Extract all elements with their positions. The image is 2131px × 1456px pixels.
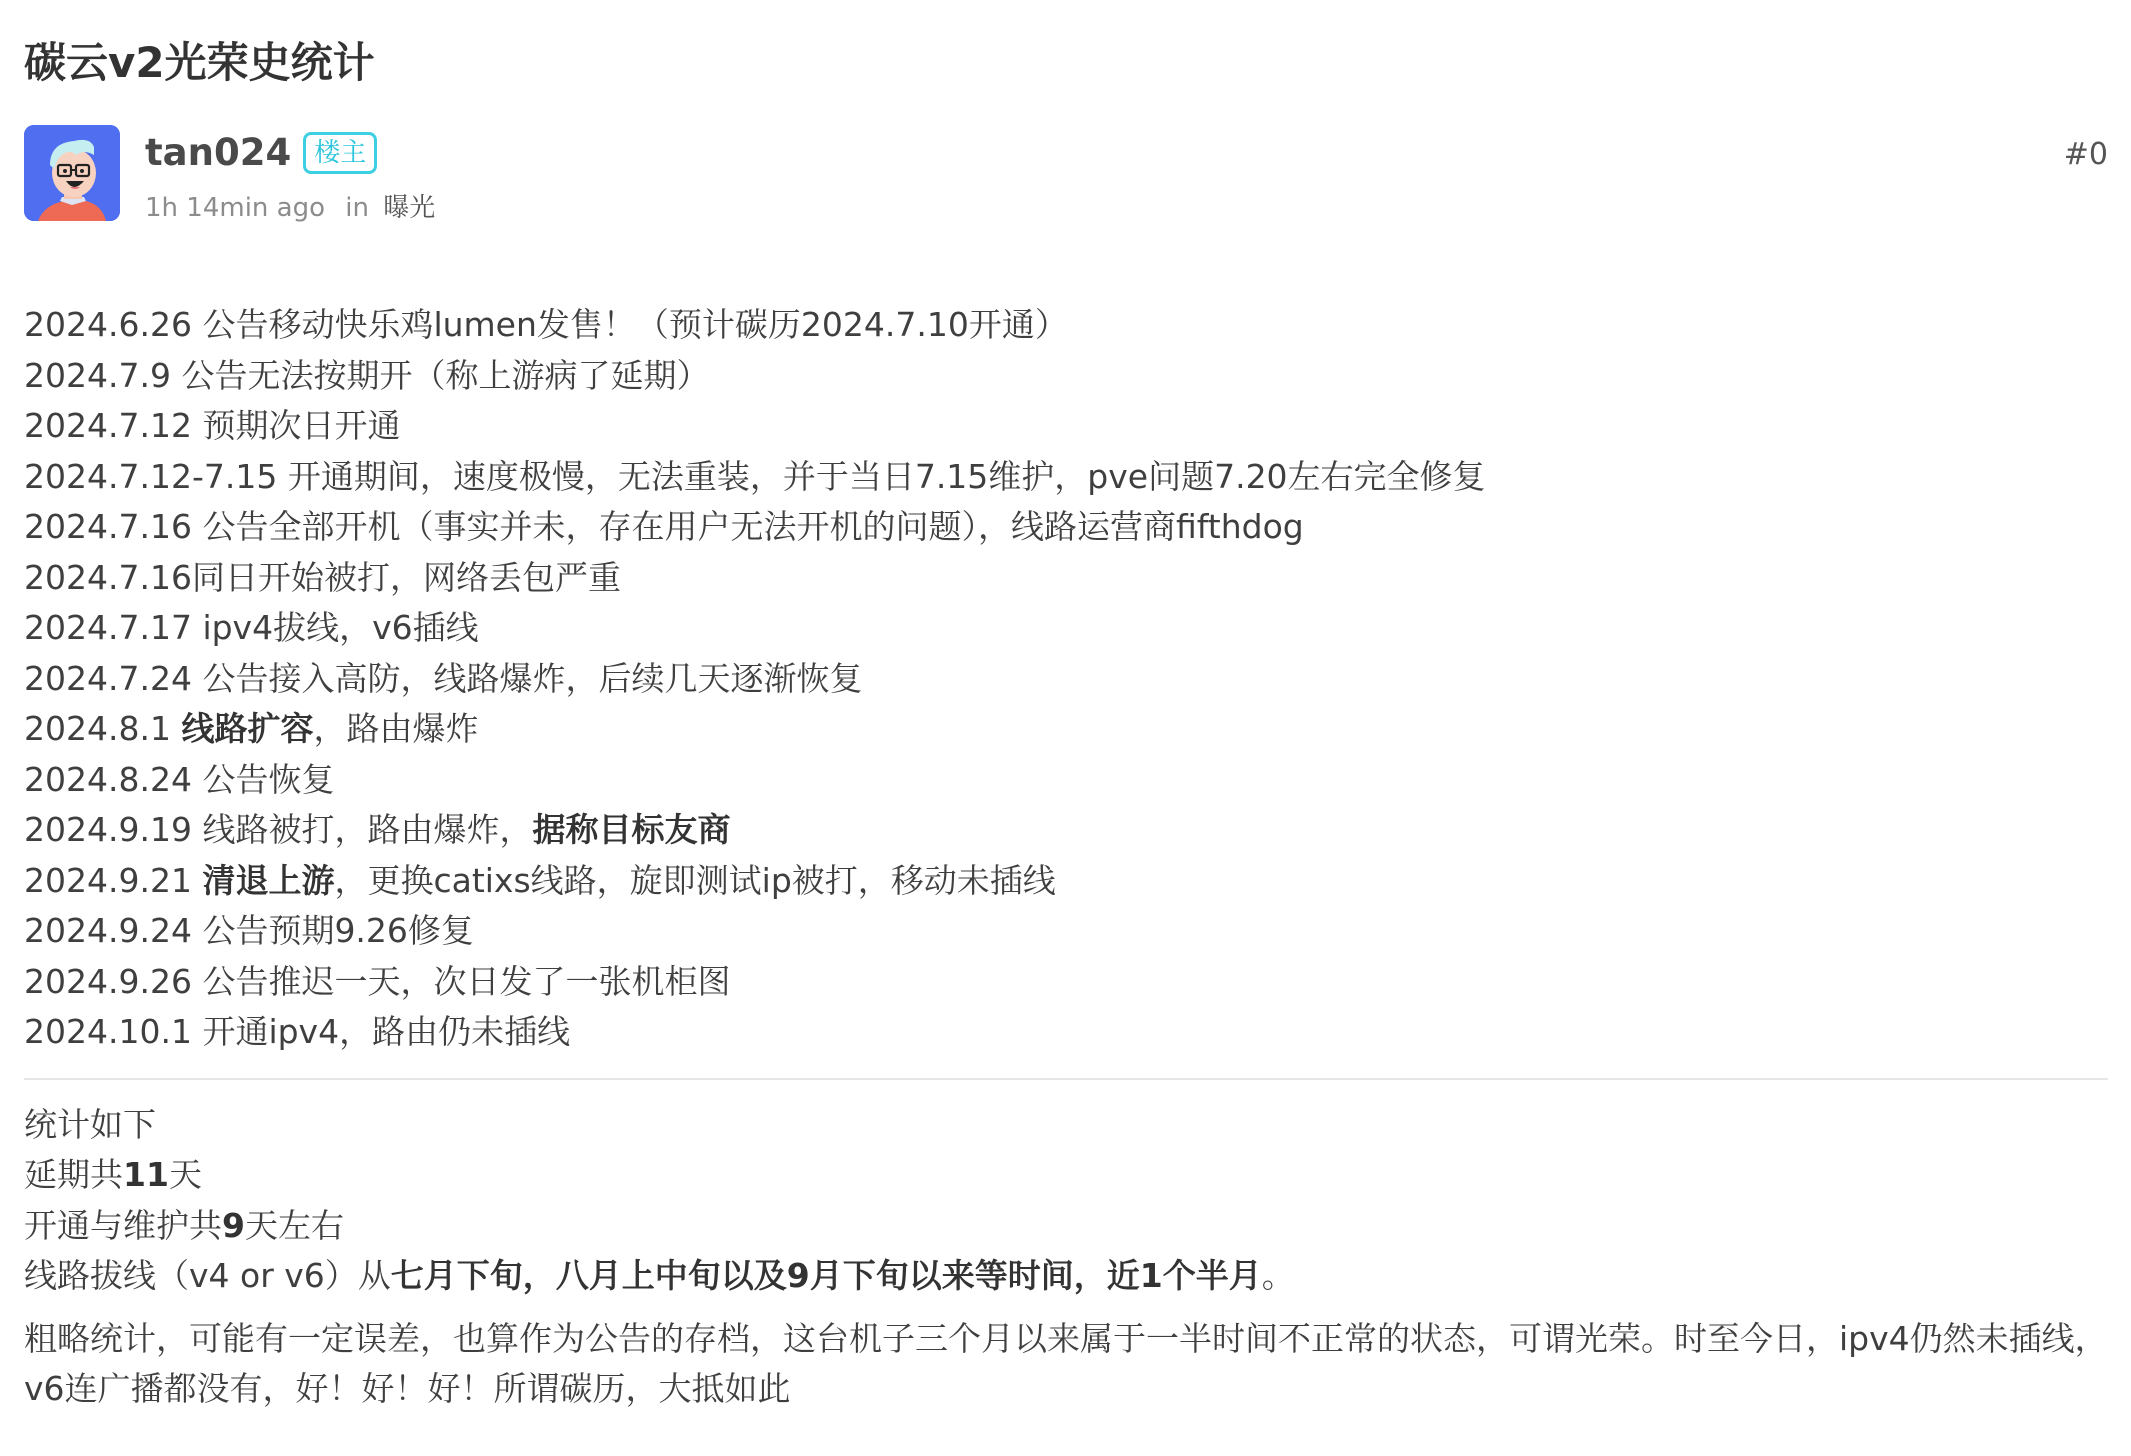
stats-item: 开通与维护共9天左右	[24, 1201, 2114, 1252]
bold-text: 11	[123, 1155, 169, 1194]
stats-item: 线路拔线（v4 or v6）从七月下旬，八月上中旬以及9月下旬以来等时间，近1个…	[24, 1251, 2114, 1302]
text-segment: 2024.6.26 公告移动快乐鸡lumen发售！（预计碳历2024.7.10开…	[24, 305, 1068, 344]
timeline-item: 2024.10.1 开通ipv4，路由仍未插线	[24, 1007, 2114, 1058]
post-header: tan024 楼主 1h 14min ago in 曝光 #0	[24, 125, 2124, 225]
timeline-item: 2024.7.17 ipv4拔线，v6插线	[24, 603, 2114, 654]
text-segment: 2024.7.24 公告接入高防，线路爆炸，后续几天逐渐恢复	[24, 659, 862, 698]
timeline-item: 2024.9.26 公告推迟一天，次日发了一张机柜图	[24, 957, 2114, 1008]
conclusion-paragraph: 粗略统计，可能有一定误差，也算作为公告的存档，这台机子三个月以来属于一半时间不正…	[24, 1314, 2114, 1415]
timeline-item: 2024.8.1 线路扩容，路由爆炸	[24, 704, 2114, 755]
stats-item: 延期共11天	[24, 1150, 2114, 1201]
text-segment: 2024.7.12-7.15 开通期间，速度极慢，无法重装，并于当日7.15维护…	[24, 457, 1486, 496]
text-segment: 2024.9.24 公告预期9.26修复	[24, 911, 474, 950]
text-segment: 2024.7.12 预期次日开通	[24, 406, 400, 445]
text-segment: 延期共	[24, 1155, 123, 1194]
text-segment: 天左右	[245, 1206, 344, 1245]
text-segment: 2024.7.16同日开始被打，网络丢包严重	[24, 558, 621, 597]
text-segment: 2024.7.9 公告无法按期开（称上游病了延期）	[24, 356, 709, 395]
page-title: 碳云v2光荣史统计	[24, 30, 375, 90]
text-segment: 2024.9.21	[24, 861, 202, 900]
bold-text: 七月下旬，八月上中旬以及9月下旬以来等时间，近1个半月	[391, 1256, 1262, 1295]
timeline-item: 2024.9.24 公告预期9.26修复	[24, 906, 2114, 957]
bold-text: 线路扩容	[181, 709, 313, 748]
post-content: 2024.6.26 公告移动快乐鸡lumen发售！（预计碳历2024.7.10开…	[24, 300, 2114, 1415]
text-segment: ，更换catixs线路，旋即测试ip被打，移动未插线	[334, 861, 1055, 900]
post-meta: 1h 14min ago in 曝光	[145, 187, 435, 224]
text-segment: ，路由爆炸	[313, 709, 478, 748]
text-segment: 2024.10.1 开通ipv4，路由仍未插线	[24, 1012, 570, 1051]
text-segment: 开通与维护共	[24, 1206, 222, 1245]
op-badge: 楼主	[303, 132, 377, 174]
text-segment: 2024.8.24 公告恢复	[24, 760, 334, 799]
timeline-item: 2024.6.26 公告移动快乐鸡lumen发售！（预计碳历2024.7.10开…	[24, 300, 2114, 351]
cartoon-avatar-icon	[24, 125, 120, 221]
timeline-item: 2024.7.24 公告接入高防，线路爆炸，后续几天逐渐恢复	[24, 654, 2114, 705]
text-segment: 统计如下	[24, 1105, 156, 1144]
post-time: 1h 14min ago	[145, 193, 325, 223]
text-segment: 天	[169, 1155, 202, 1194]
timeline-item: 2024.9.21 清退上游，更换catixs线路，旋即测试ip被打，移动未插线	[24, 856, 2114, 907]
divider	[24, 1078, 2108, 1080]
stats-list: 统计如下延期共11天开通与维护共9天左右线路拔线（v4 or v6）从七月下旬，…	[24, 1100, 2114, 1302]
avatar[interactable]	[24, 125, 120, 221]
timeline-list: 2024.6.26 公告移动快乐鸡lumen发售！（预计碳历2024.7.10开…	[24, 300, 2114, 1058]
timeline-item: 2024.7.12 预期次日开通	[24, 401, 2114, 452]
text-segment: 2024.7.17 ipv4拔线，v6插线	[24, 608, 479, 647]
timeline-item: 2024.8.24 公告恢复	[24, 755, 2114, 806]
text-segment: 2024.9.26 公告推迟一天，次日发了一张机柜图	[24, 962, 730, 1001]
bold-text: 9	[222, 1206, 245, 1245]
timeline-item: 2024.7.16同日开始被打，网络丢包严重	[24, 553, 2114, 604]
stats-item: 统计如下	[24, 1100, 2114, 1151]
in-label: in	[345, 193, 369, 223]
floor-number[interactable]: #0	[2064, 137, 2108, 172]
username-link[interactable]: tan024	[145, 131, 291, 174]
timeline-item: 2024.7.16 公告全部开机（事实并未，存在用户无法开机的问题），线路运营商…	[24, 502, 2114, 553]
text-segment: 。	[1262, 1256, 1295, 1295]
timeline-item: 2024.7.9 公告无法按期开（称上游病了延期）	[24, 351, 2114, 402]
category-link[interactable]: 曝光	[383, 193, 435, 223]
text-segment: 2024.7.16 公告全部开机（事实并未，存在用户无法开机的问题），线路运营商…	[24, 507, 1304, 546]
bold-text: 清退上游	[202, 861, 334, 900]
timeline-item: 2024.7.12-7.15 开通期间，速度极慢，无法重装，并于当日7.15维护…	[24, 452, 2114, 503]
text-segment: 2024.8.1	[24, 709, 181, 748]
text-segment: 2024.9.19 线路被打，路由爆炸，	[24, 810, 532, 849]
author-row: tan024 楼主	[145, 131, 377, 174]
bold-text: 据称目标友商	[532, 810, 730, 849]
text-segment: 线路拔线（v4 or v6）从	[24, 1256, 391, 1295]
timeline-item: 2024.9.19 线路被打，路由爆炸，据称目标友商	[24, 805, 2114, 856]
